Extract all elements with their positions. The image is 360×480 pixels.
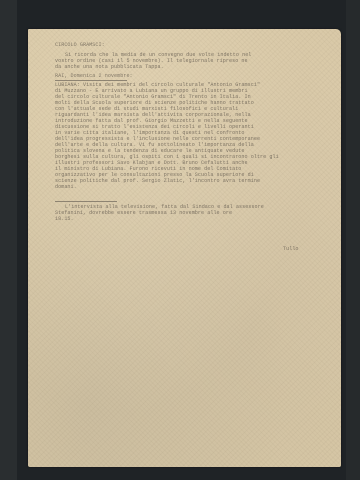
separator-rule (55, 201, 117, 202)
closing-line-2: Stefanini, dovrebbe essere trasmessa 13 … (55, 210, 232, 216)
signature: Tullo (283, 246, 299, 252)
scanner-backdrop-left (0, 0, 17, 480)
document-heading: CIRCOLO GRAMSCI: (55, 42, 105, 48)
scanner-backdrop-right (346, 0, 360, 480)
typewritten-page: CIRCOLO GRAMSCI: Si ricorda che la media… (28, 29, 341, 467)
closing-line-3: 18.15. (55, 216, 74, 222)
body-line-17: scienze politiche dal prof. Sergio Zlati… (55, 178, 260, 184)
section-title: RAI, Domenica 2 novembre: (55, 73, 133, 79)
intro-line-3: da anche una nota pubblicata Tappa. (55, 64, 164, 70)
body-line-18: domani. (55, 184, 77, 190)
section-title-underline (55, 80, 127, 81)
